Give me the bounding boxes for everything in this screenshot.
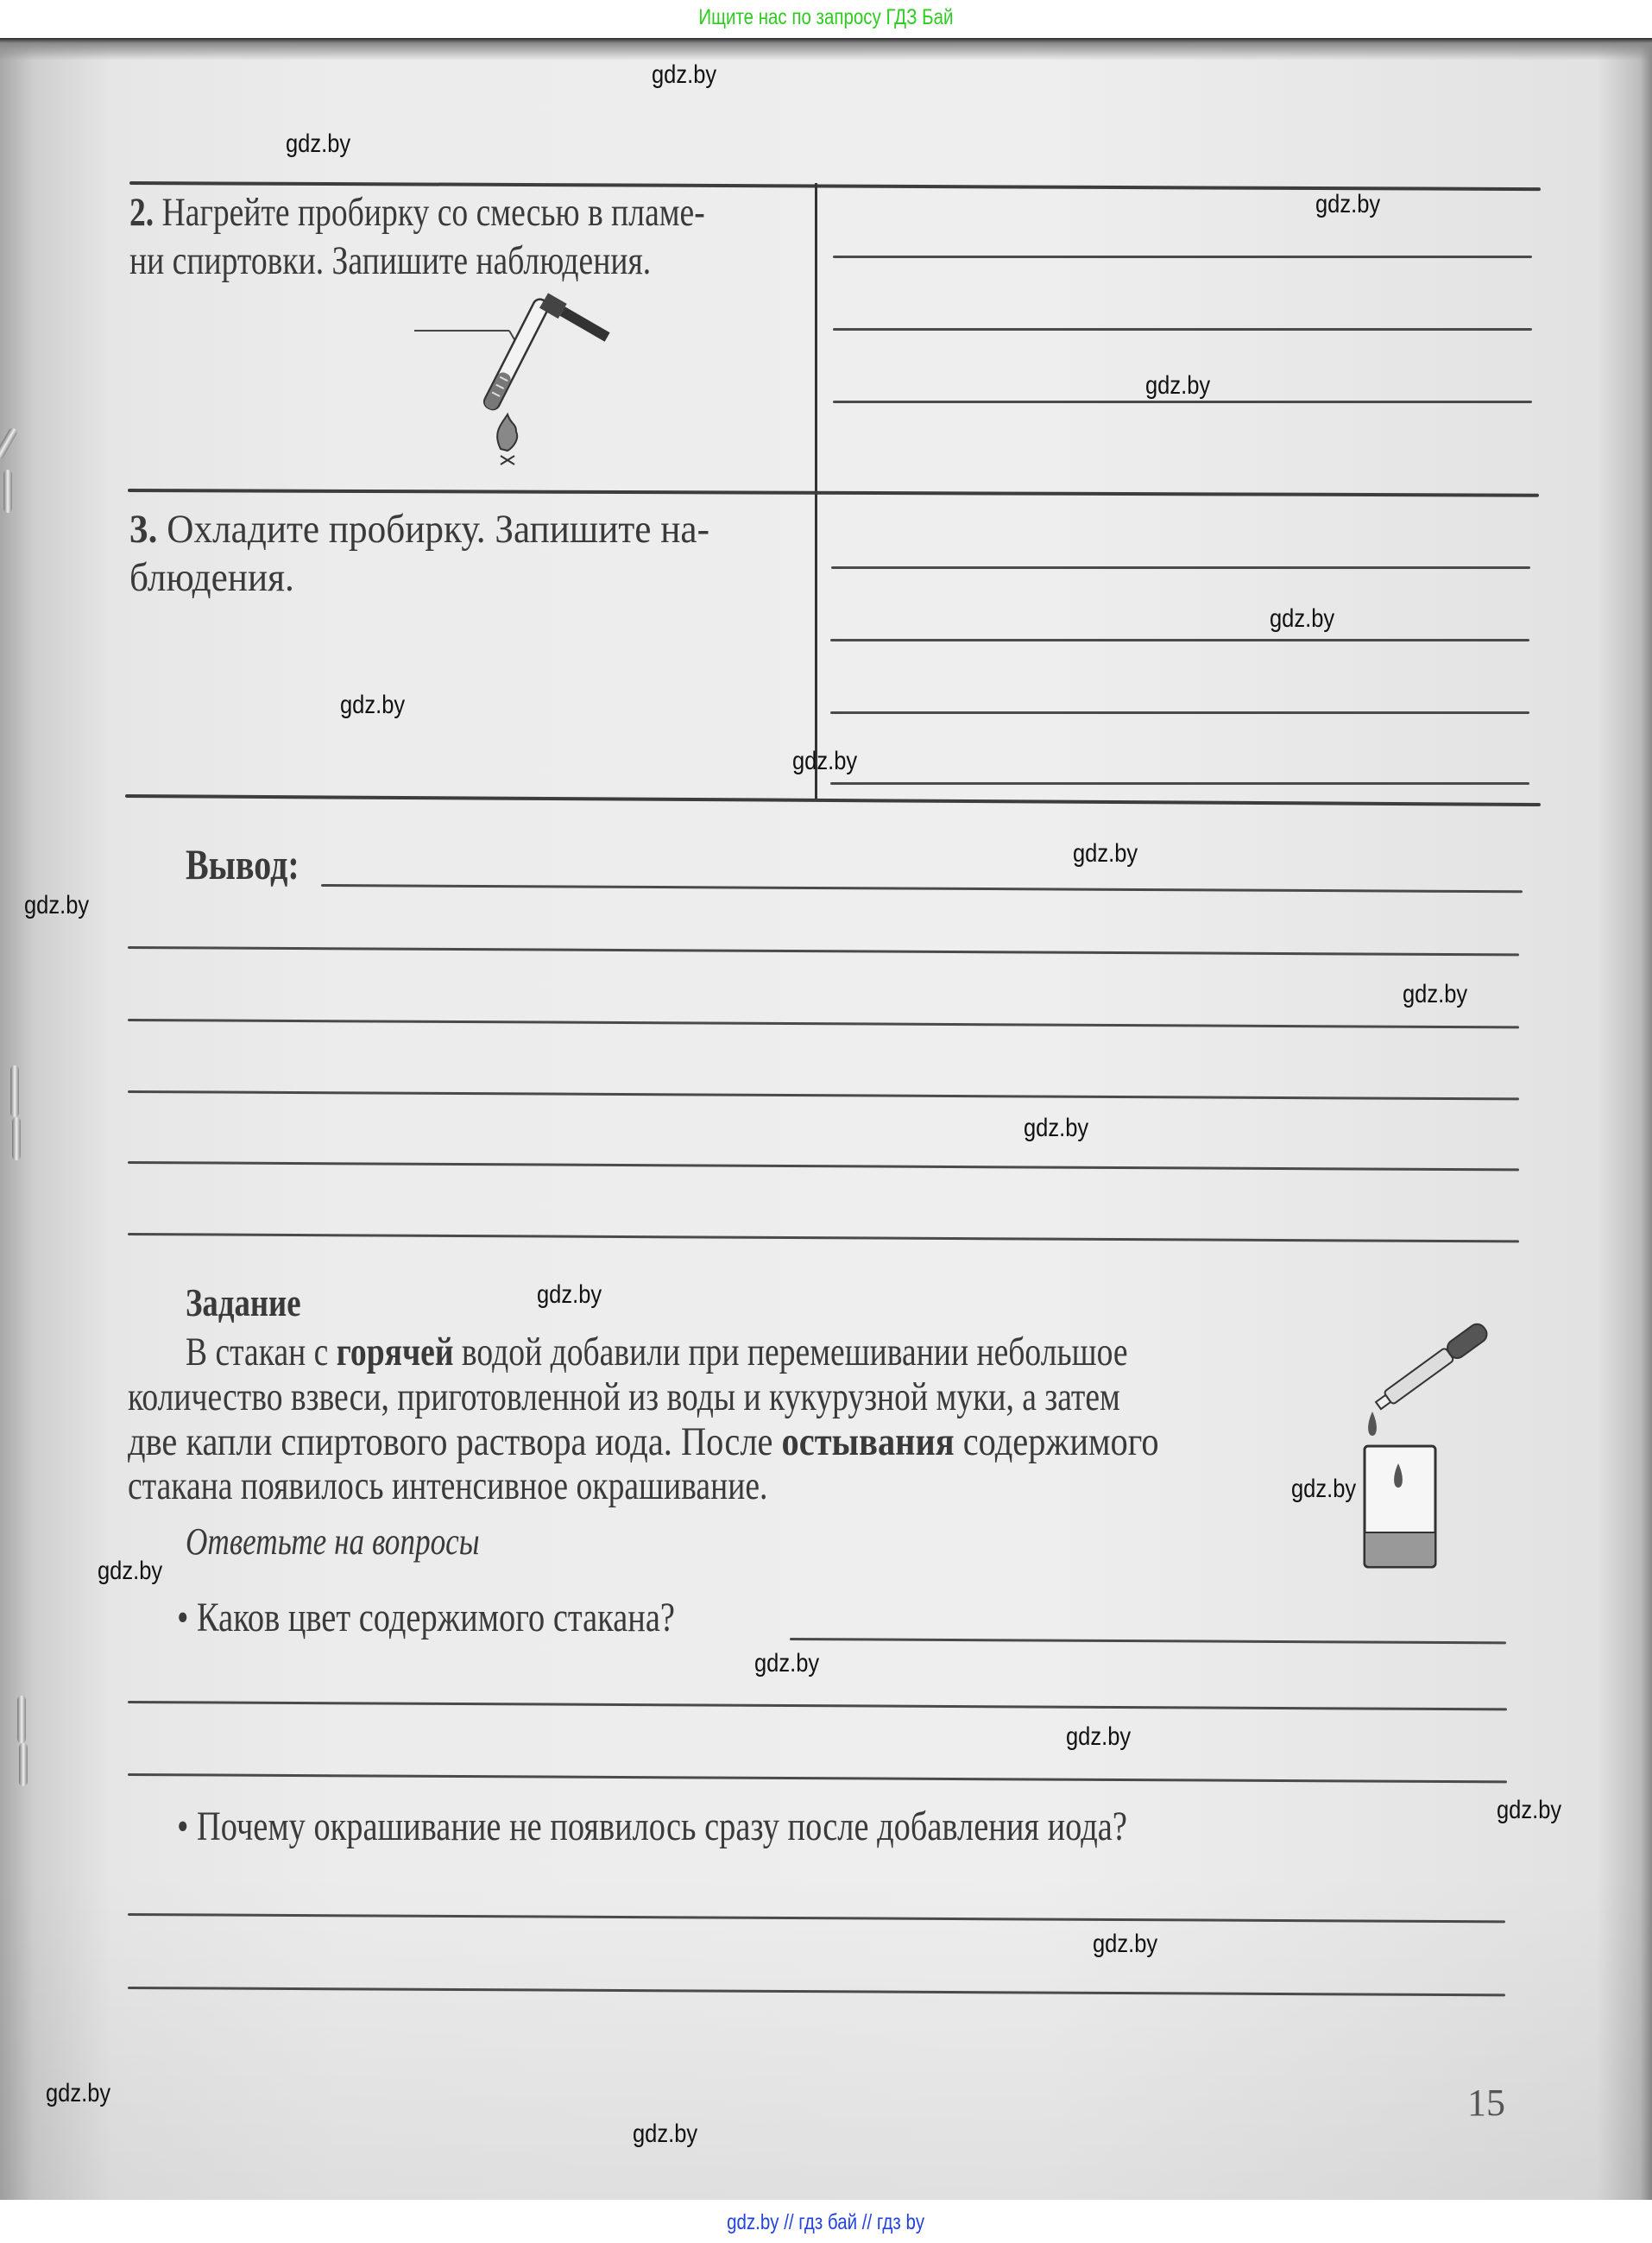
workbook-page	[0, 38, 1652, 2200]
answer-line[interactable]	[830, 782, 1529, 785]
answer-line[interactable]	[833, 328, 1532, 331]
dropper-beaker-illustration	[1359, 1325, 1532, 1576]
top-banner: Ищите нас по запросу ГДЗ Бай	[0, 0, 1652, 36]
bottom-banner-text[interactable]: gdz.by // гдз бай // гдз by	[728, 2202, 925, 2243]
watermark-text: gdz.by	[1066, 1722, 1131, 1752]
step-2-line-1: Нагрейте пробирку со смесью в пламе-	[162, 190, 705, 235]
test-tube-flame-illustration	[414, 294, 639, 466]
binding-clip	[3, 470, 12, 513]
watermark-text: gdz.by	[340, 691, 405, 720]
watermark-text: gdz.by	[652, 60, 716, 90]
bottom-banner: gdz.by // гдз бай // гдз by	[0, 2202, 1652, 2243]
watermark-text: gdz.by	[537, 1280, 602, 1310]
question-2-text: Почему окрашивание не появилось сразу по…	[197, 1804, 1127, 1849]
emphasis: остывания	[782, 1419, 955, 1464]
page-number: 15	[1467, 2081, 1505, 2125]
watermark-text: gdz.by	[286, 130, 350, 159]
answer-line[interactable]	[833, 256, 1532, 258]
watermark-text: gdz.by	[1315, 190, 1380, 219]
watermark-text: gdz.by	[46, 2079, 110, 2108]
step-2-text: 2. Нагрейте пробирку со смесью в пламе- …	[129, 188, 705, 285]
question-1-text: Каков цвет содержимого стакана?	[197, 1595, 675, 1640]
binding-clip	[10, 1065, 19, 1117]
step-3-text: 3. Охладите пробирку. Запишите на- блюде…	[129, 505, 709, 602]
watermark-text: gdz.by	[633, 2120, 697, 2149]
task-paragraph-line: две капли спиртового раствора иода. Посл…	[128, 1419, 1159, 1464]
watermark-text: gdz.by	[98, 1557, 162, 1586]
watermark-text: gdz.by	[1270, 604, 1334, 634]
watermark-text: gdz.by	[1403, 980, 1467, 1009]
task-title: Задание	[186, 1280, 301, 1325]
bullet-icon: •	[177, 1595, 188, 1640]
question-1: • Каков цвет содержимого стакана?	[177, 1595, 675, 1640]
watermark-text: gdz.by	[1024, 1114, 1088, 1143]
question-2: • Почему окрашивание не появилось сразу …	[177, 1804, 1127, 1849]
watermark-text: gdz.by	[1291, 1475, 1356, 1504]
binding-clip	[0, 426, 18, 461]
step-3-line-2: блюдения.	[129, 553, 709, 602]
task-paragraph-line: стакана появилось интенсивное окрашивани…	[128, 1463, 767, 1508]
answer-line[interactable]	[830, 711, 1529, 714]
answer-line[interactable]	[833, 401, 1532, 403]
watermark-text: gdz.by	[24, 891, 89, 920]
step-2-line-2: ни спиртовки. Запишите наблюдения.	[129, 237, 705, 285]
top-banner-text: Ищите нас по запросу ГДЗ Бай	[698, 0, 953, 35]
conclusion-label: Вывод:	[186, 842, 300, 887]
questions-heading: Ответьте на вопросы	[186, 1520, 480, 1564]
watermark-text: gdz.by	[1497, 1796, 1561, 1825]
binding-clip	[17, 1696, 26, 1743]
task-paragraph-line: В стакан с горячей водой добавили при пе…	[186, 1330, 1128, 1374]
watermark-text: gdz.by	[1145, 371, 1210, 401]
step-3-line-1: Охладите пробирку. Запишите на-	[167, 507, 709, 552]
watermark-text: gdz.by	[1073, 839, 1138, 869]
bullet-icon: •	[177, 1804, 188, 1849]
binding-clip	[12, 1117, 21, 1160]
watermark-text: gdz.by	[1093, 1930, 1157, 1959]
answer-line[interactable]	[831, 566, 1530, 569]
step-3-number: 3.	[129, 507, 157, 552]
binding-clip	[19, 1743, 28, 1786]
emphasis: горячей	[337, 1330, 454, 1374]
watermark-text: gdz.by	[754, 1649, 819, 1678]
answer-line[interactable]	[830, 639, 1529, 641]
watermark-text: gdz.by	[792, 747, 857, 776]
task-paragraph-line: количество взвеси, приготовленной из вод…	[128, 1374, 1120, 1419]
step-2-number: 2.	[129, 190, 154, 235]
